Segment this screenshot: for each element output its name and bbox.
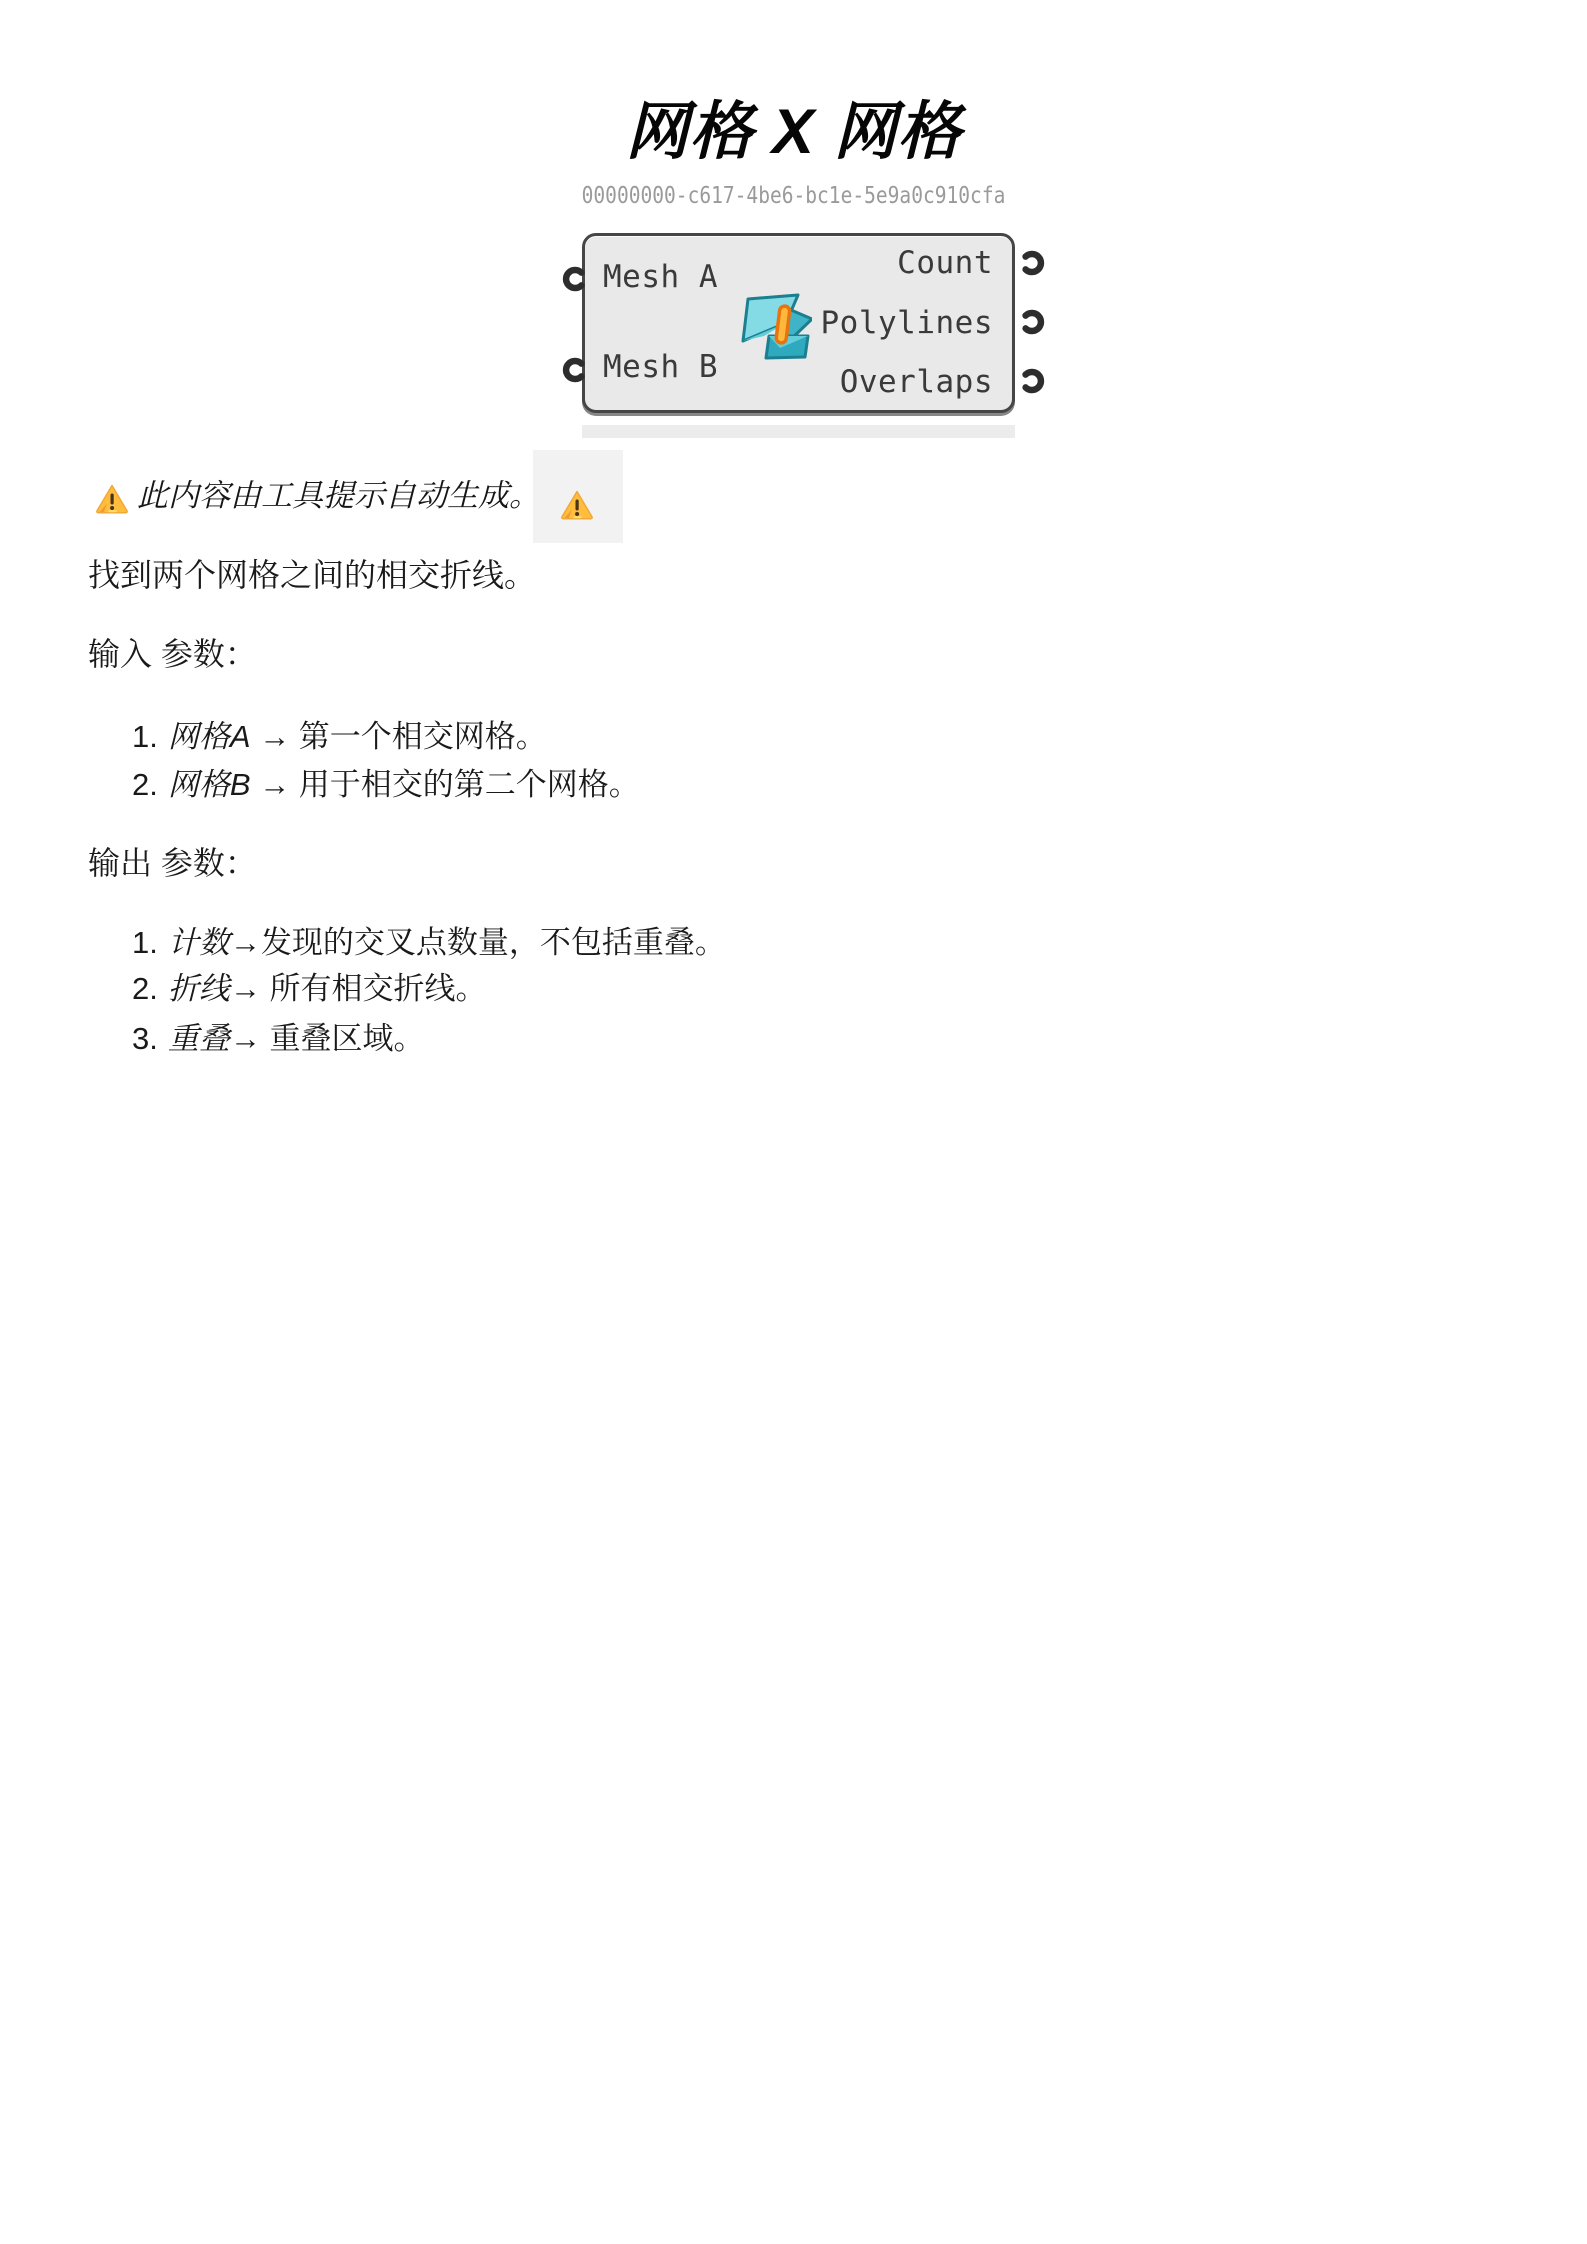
param-description: 用于相交的第二个网格。: [299, 767, 640, 802]
arrow-glyph: →: [230, 971, 270, 1006]
output-param-item: 3.重叠→ 重叠区域。: [132, 1021, 424, 1057]
param-description: 第一个相交网格。: [299, 719, 547, 754]
param-name: 网格A: [168, 719, 251, 754]
warning-icon: [95, 483, 129, 515]
mesh-x-mesh-icon: [740, 290, 812, 360]
output-jack-polylines: [1019, 309, 1045, 335]
component-description: 找到两个网格之间的相交折线。: [88, 557, 536, 594]
document-page: 网格 X 网格 00000000-c617-4be6-bc1e-5e9a0c91…: [0, 0, 1587, 2244]
output-param-item: 2.折线→ 所有相交折线。: [132, 971, 486, 1007]
list-number: 2.: [132, 971, 158, 1006]
input-port-label-mesh-a: Mesh A: [603, 260, 718, 296]
gh-component-node: Mesh A Mesh B Count Polylines Overlaps: [582, 233, 1015, 413]
param-description: 重叠区域。: [269, 1021, 424, 1056]
inputs-section-heading: 输入 参数：: [88, 636, 257, 673]
component-uuid: 00000000-c617-4be6-bc1e-5e9a0c910cfa: [119, 184, 1468, 209]
arrow-glyph: →: [251, 767, 299, 802]
input-port-label-mesh-b: Mesh B: [603, 350, 718, 386]
arrow-glyph: →: [251, 719, 299, 754]
arrow-glyph: →: [230, 925, 261, 960]
input-jack-mesh-a: [562, 266, 588, 292]
output-jack-overlaps: [1019, 368, 1045, 394]
output-port-label-polylines: Polylines: [821, 306, 993, 342]
param-name: 折线: [168, 971, 230, 1006]
auto-generated-note: 此内容由工具提示自动生成。: [137, 478, 540, 514]
param-description: 发现的交叉点数量，不包括重叠。: [261, 925, 726, 960]
output-param-item: 1.计数→发现的交叉点数量，不包括重叠。: [132, 925, 726, 961]
param-name: 重叠: [168, 1021, 230, 1056]
input-param-item: 1.网格A → 第一个相交网格。: [132, 719, 547, 755]
param-name: 计数: [168, 925, 230, 960]
output-port-label-overlaps: Overlaps: [840, 365, 993, 401]
warning-icon: [560, 489, 594, 521]
page-title: 网格 X 网格: [0, 98, 1587, 167]
list-number: 1.: [132, 925, 158, 960]
param-name: 网格B: [168, 767, 251, 802]
output-port-label-count: Count: [897, 246, 993, 282]
list-number: 2.: [132, 767, 158, 802]
param-description: 所有相交折线。: [269, 971, 486, 1006]
input-jack-mesh-b: [562, 357, 588, 383]
arrow-glyph: →: [230, 1021, 270, 1056]
input-param-item: 2.网格B → 用于相交的第二个网格。: [132, 767, 640, 803]
list-number: 3.: [132, 1021, 158, 1056]
outputs-section-heading: 输出 参数：: [88, 845, 257, 882]
list-number: 1.: [132, 719, 158, 754]
output-jack-count: [1019, 250, 1045, 276]
image-placeholder-strip: [582, 425, 1015, 438]
